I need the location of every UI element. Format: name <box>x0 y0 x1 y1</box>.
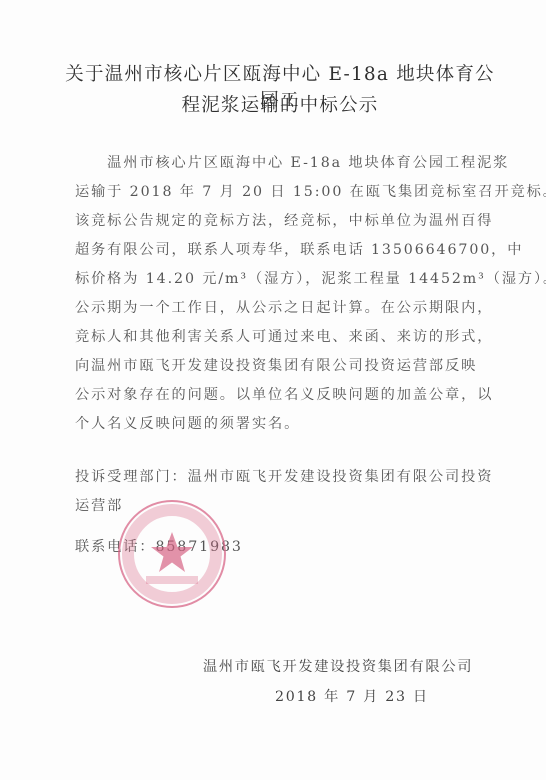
document-title-line-2: 程泥浆运输的中标公示 <box>60 91 500 117</box>
complaint-dept-line-2: 运营部 <box>75 495 123 515</box>
complaint-dept-line-1: 投诉受理部门：温州市瓯飞开发建设投资集团有限公司投资 <box>75 466 493 486</box>
body-line: 公示对象存在的问题。以单位名义反映问题的加盖公章，以 <box>75 384 493 404</box>
body-line: 该竞标公告规定的竞标方法，经竞标，中标单位为温州百得 <box>75 210 493 230</box>
signature-date: 2018 年 7 月 23 日 <box>275 686 429 706</box>
body-line: 超务有限公司，联系人项寿华，联系电话 13506646700，中 <box>75 239 523 259</box>
document-page: 关于温州市核心片区瓯海中心 E-18a 地块体育公园工 程泥浆运输的中标公示 温… <box>0 0 546 780</box>
body-line: 运输于 2018 年 7 月 20 日 15:00 在瓯飞集团竞标室召开竞标。 <box>75 181 546 201</box>
body-line: 竞标人和其他利害关系人可通过来电、来函、来访的形式， <box>75 326 493 346</box>
body-line: 温州市核心片区瓯海中心 E-18a 地块体育公园工程泥浆 <box>75 152 509 172</box>
official-seal-stamp <box>118 500 226 608</box>
signature-organization: 温州市瓯飞开发建设投资集团有限公司 <box>203 656 473 676</box>
body-line: 标价格为 14.20 元/m³（湿方），泥浆工程量 14452m³（湿方）。 <box>75 268 546 288</box>
body-line: 公示期为一个工作日，从公示之日起计算。在公示期限内， <box>75 297 493 317</box>
star-icon <box>120 502 224 606</box>
body-line: 向温州市瓯飞开发建设投资集团有限公司投资运营部反映 <box>75 355 477 375</box>
body-line: 个人名义反映问题的须署实名。 <box>75 413 300 433</box>
